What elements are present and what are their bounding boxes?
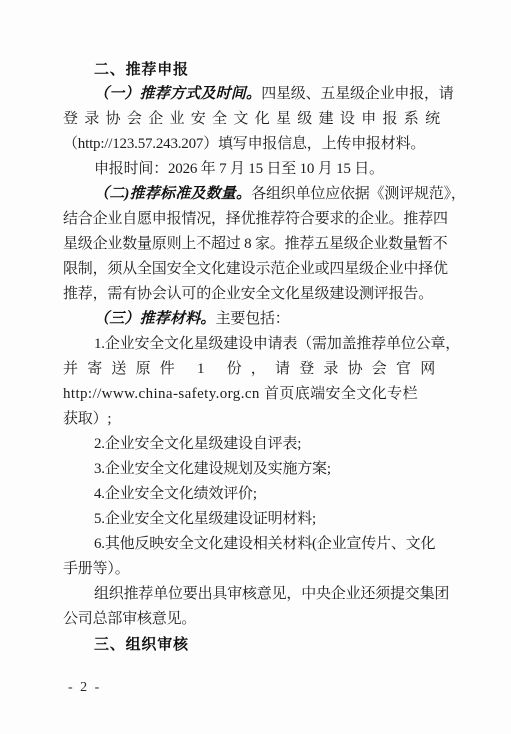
text-line: 申报时间：2026 年 7 月 15 日至 10 月 15 日。 bbox=[63, 157, 449, 182]
text-line: 4.企业安全文化绩效评价; bbox=[63, 482, 449, 507]
text-line: （http://123.57.243.207）填写申报信息，上传申报材料。 bbox=[63, 132, 449, 157]
text-line: 星级企业数量原则上不超过 8 家。推荐五星级企业数量暂不 bbox=[63, 232, 449, 257]
subsection-lead: （一）推荐方式及时间。 bbox=[94, 86, 261, 102]
text-line: 并寄送原件 1 份，请登录协会官网 bbox=[63, 357, 449, 382]
section-heading: 三、组织审核 bbox=[63, 632, 449, 657]
text-line: 推荐，需有协会认可的企业安全文化星级建设测评报告。 bbox=[63, 282, 449, 307]
text-line: 组织推荐单位要出具审核意见，中央企业还须提交集团 bbox=[63, 582, 449, 607]
subsection-lead: （三）推荐材料。 bbox=[94, 311, 216, 327]
text-line: 手册等）。 bbox=[63, 557, 449, 582]
text-line: 登录协会企业安全文化星级建设申报系统 bbox=[63, 107, 449, 132]
text-line: 5.企业安全文化星级建设证明材料; bbox=[63, 507, 449, 532]
text-line: 公司总部审核意见。 bbox=[63, 607, 449, 632]
section-heading: 二、推荐申报 bbox=[63, 57, 449, 82]
page-number: - 2 - bbox=[68, 679, 101, 697]
text-line: 2.企业安全文化星级建设自评表; bbox=[63, 432, 449, 457]
text-line: http://www.china-safety.org.cn 首页底端安全文化专… bbox=[63, 382, 449, 407]
text-line: 结合企业自愿申报情况，择优推荐符合要求的企业。推荐四 bbox=[63, 207, 449, 232]
text-line: 限制，须从全国安全文化建设示范企业或四星级企业中择优 bbox=[63, 257, 449, 282]
text-line: （一）推荐方式及时间。四星级、五星级企业申报，请 bbox=[63, 82, 449, 107]
subsection-lead: （二)推荐标准及数量。 bbox=[94, 186, 251, 202]
text-line: 6.其他反映安全文化建设相关材料(企业宣传片、文化 bbox=[63, 532, 449, 557]
text-line: （二)推荐标准及数量。各组织单位应依据《测评规范》， bbox=[63, 182, 449, 207]
text-line: 获取）; bbox=[63, 407, 449, 432]
document-body: 二、推荐申报（一）推荐方式及时间。四星级、五星级企业申报，请登录协会企业安全文化… bbox=[63, 57, 449, 657]
document-page: 二、推荐申报（一）推荐方式及时间。四星级、五星级企业申报，请登录协会企业安全文化… bbox=[0, 0, 511, 734]
text-line: （三）推荐材料。主要包括： bbox=[63, 307, 449, 332]
text-line: 3.企业安全文化建设规划及实施方案; bbox=[63, 457, 449, 482]
text-line: 1.企业安全文化星级建设申请表（需加盖推荐单位公章， bbox=[63, 332, 449, 357]
